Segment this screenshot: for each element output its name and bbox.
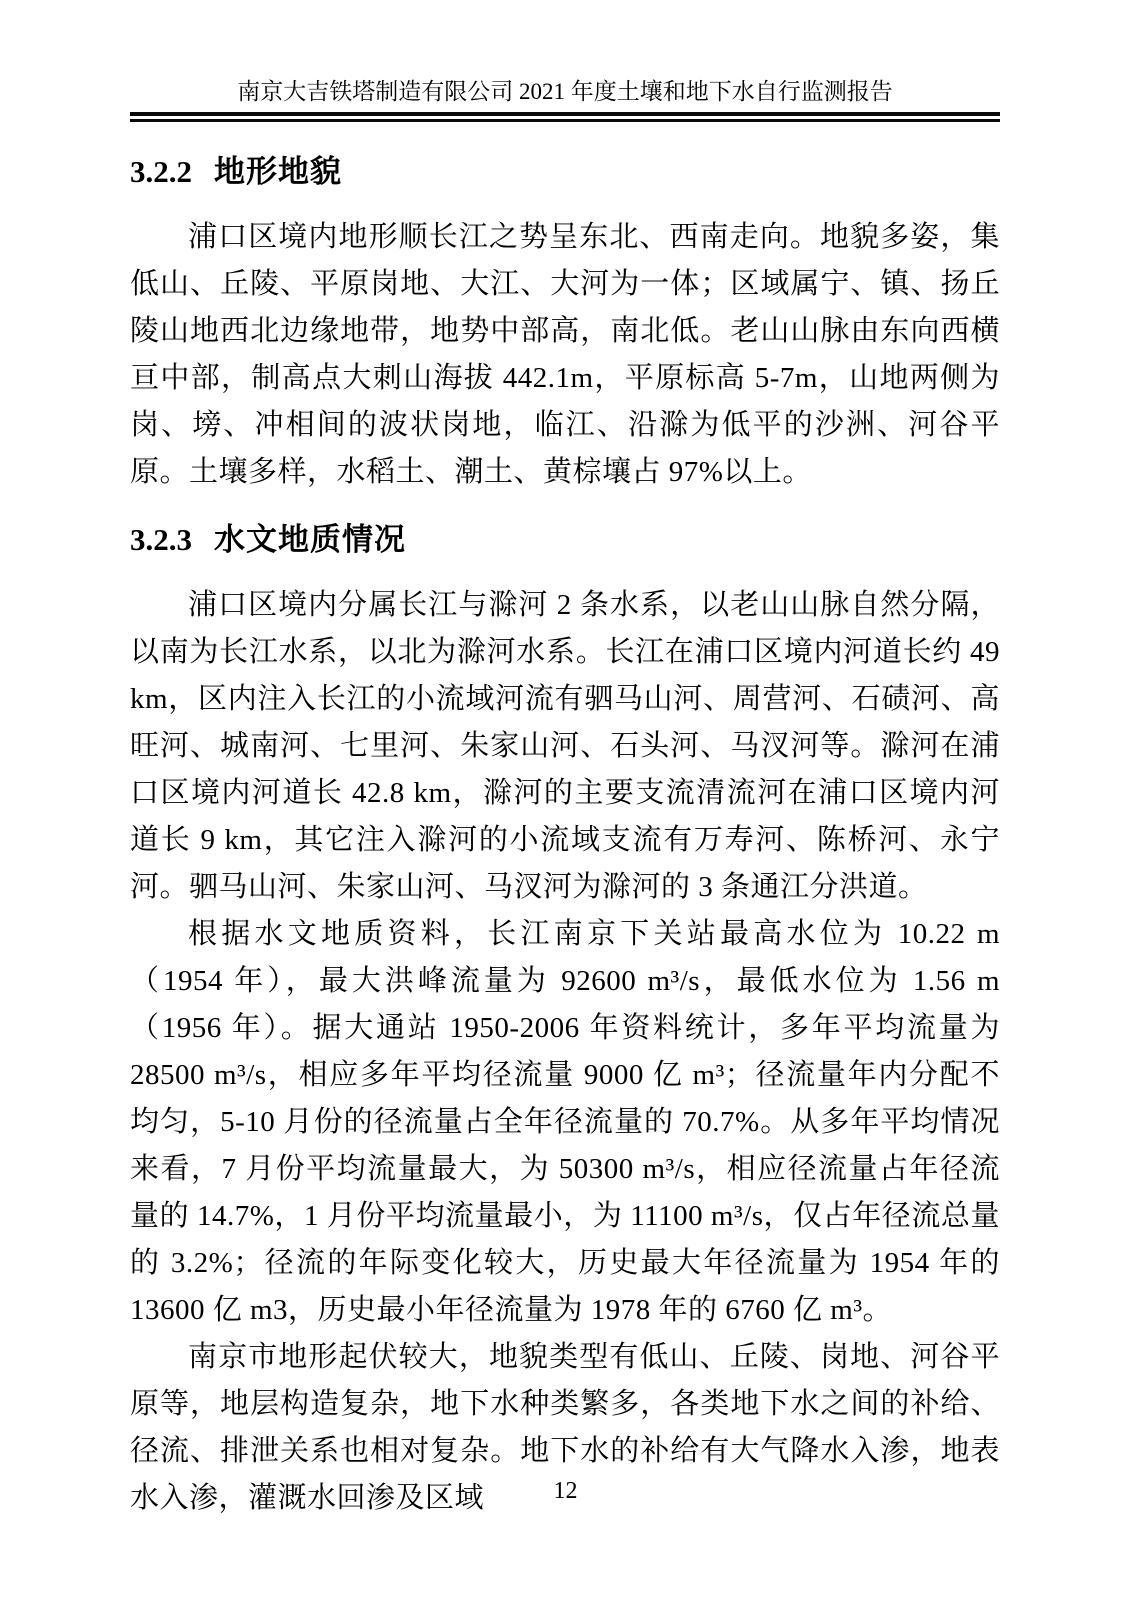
paragraph-hydrology-data: 根据水文地质资料，长江南京下关站最高水位为 10.22 m（1954 年），最大… xyxy=(130,911,1000,1334)
section-heading-3-2-2: 3.2.2地形地貌 xyxy=(130,152,1000,192)
section-title: 水文地质情况 xyxy=(214,522,406,557)
section-heading-3-2-3: 3.2.3水文地质情况 xyxy=(130,520,1000,560)
section-number: 3.2.3 xyxy=(130,522,192,557)
section-number: 3.2.2 xyxy=(130,154,192,189)
report-header-title: 南京大吉铁塔制造有限公司 2021 年度土壤和地下水自行监测报告 xyxy=(130,0,1000,106)
document-page: 南京大吉铁塔制造有限公司 2021 年度土壤和地下水自行监测报告 3.2.2地形… xyxy=(0,0,1131,1600)
page-number: 12 xyxy=(0,1478,1131,1505)
paragraph-topography: 浦口区境内地形顺长江之势呈东北、西南走向。地貌多姿，集低山、丘陵、平原岗地、大江… xyxy=(130,214,1000,496)
section-title: 地形地貌 xyxy=(214,154,342,189)
header-divider-rule xyxy=(130,112,1000,122)
paragraph-river-systems: 浦口区境内分属长江与滁河 2 条水系，以老山山脉自然分隔，以南为长江水系，以北为… xyxy=(130,582,1000,911)
